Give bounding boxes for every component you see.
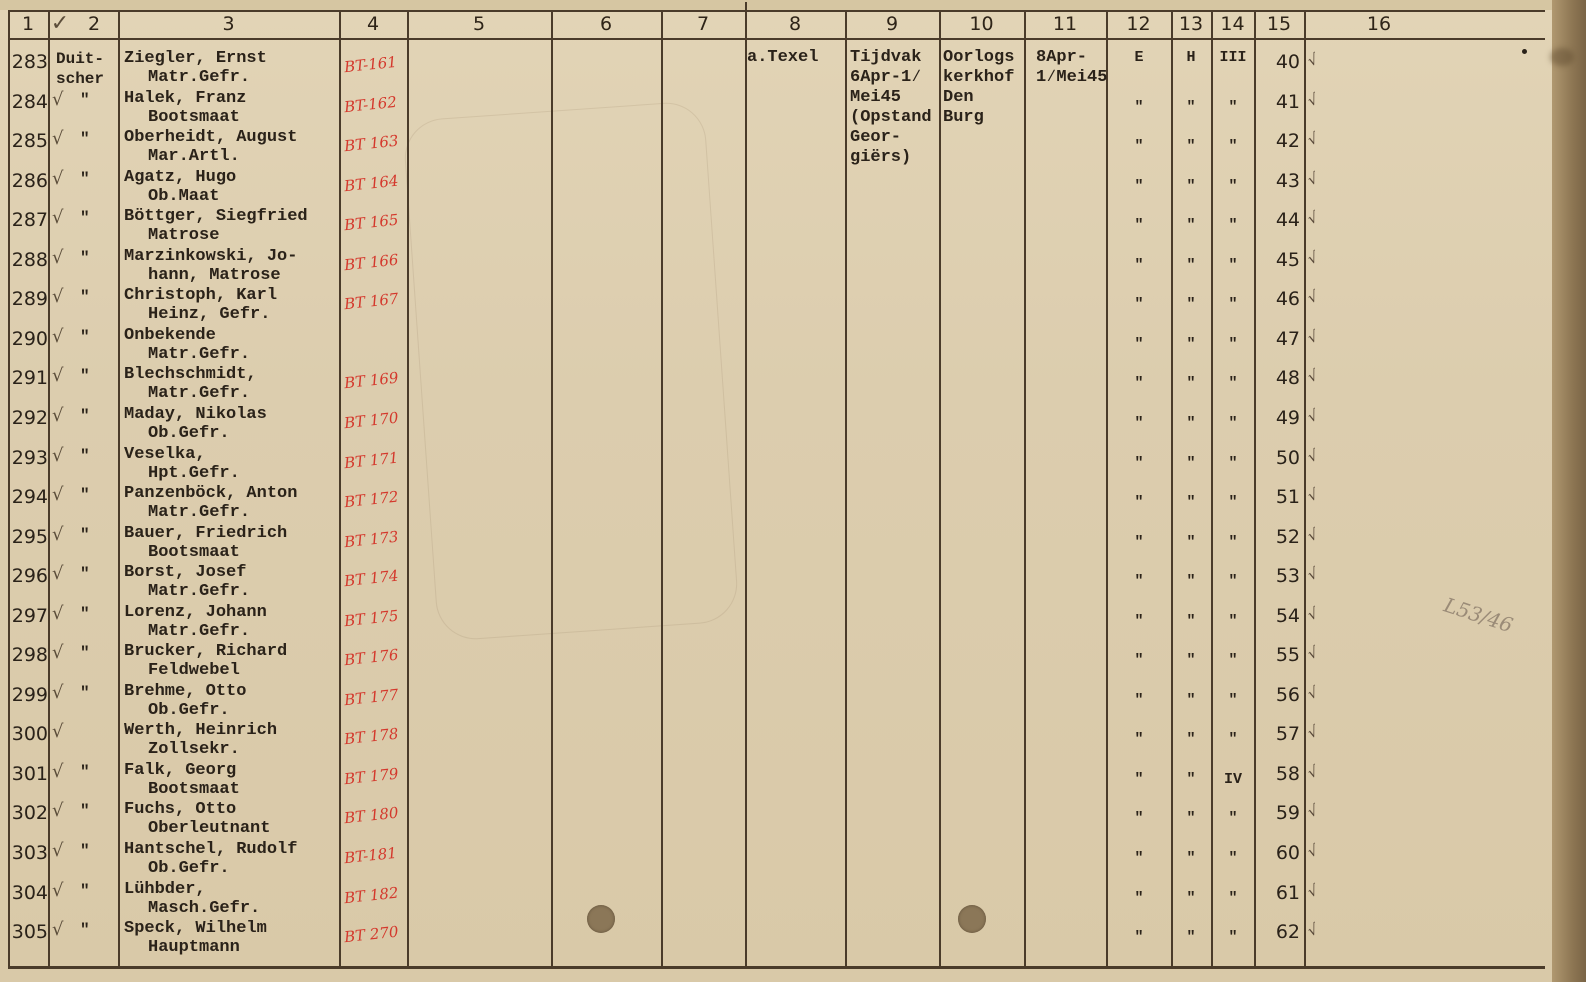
col12-value: " (1124, 296, 1154, 313)
tick-mark: √ (1305, 683, 1320, 703)
col15-number: 44 (1262, 209, 1300, 231)
col15-number: 40 (1262, 51, 1300, 73)
row-number: 289 (8, 288, 48, 310)
header-col-5: 5 (407, 10, 551, 38)
col12-value: " (1124, 652, 1154, 669)
table-bottom-rule (8, 966, 1545, 969)
person-name: Agatz, Hugo (124, 168, 236, 187)
col12-value: " (1124, 810, 1154, 827)
punch-hole (587, 905, 615, 933)
tick-mark: √ (1305, 722, 1320, 742)
col12-value: " (1124, 99, 1154, 116)
header-col-16: 16 (1304, 10, 1454, 38)
bt-grave-code: BT 171 (343, 447, 407, 471)
tick-mark: √ (1305, 564, 1320, 584)
nationality: " (80, 644, 90, 662)
col15-number: 49 (1262, 407, 1300, 429)
col13-value: " (1176, 929, 1206, 946)
tick-mark: √ (1305, 327, 1320, 347)
row-number: 304 (8, 882, 48, 904)
tick-mark: √ (1305, 445, 1320, 465)
nationality: " (80, 486, 90, 504)
nationality: " (80, 921, 90, 939)
check-mark: √ (52, 682, 63, 703)
bt-grave-code: BT 270 (343, 922, 407, 946)
person-name: Fuchs, Otto (124, 800, 236, 819)
check-mark: √ (52, 603, 63, 624)
col13-value: " (1176, 613, 1206, 630)
tick-mark: √ (1305, 801, 1320, 821)
table-row: 295√"Bauer, FriedrichBootsmaatBT 173"""5… (0, 518, 1552, 558)
ink-dot (1522, 49, 1527, 54)
check-mark: √ (52, 800, 63, 821)
bt-grave-code: BT 169 (343, 368, 407, 392)
bt-grave-code: BT 180 (343, 803, 407, 827)
table-row: 302√"Fuchs, OttoOberleutnantBT 180"""59√ (0, 794, 1552, 834)
header-col-15: 15 (1254, 10, 1304, 38)
person-name: Panzenböck, Anton (124, 484, 297, 503)
col15-number: 56 (1262, 684, 1300, 706)
header-col-9: 9 (845, 10, 939, 38)
col13-value: H (1176, 49, 1206, 66)
check-mark: √ (52, 247, 63, 268)
table-row: 299√"Brehme, OttoOb.Gefr.BT 177"""56√ (0, 676, 1552, 716)
col13-value: " (1176, 455, 1206, 472)
person-name: Borst, Josef (124, 563, 246, 582)
table-row: 285√"Oberheidt, AugustMar.Artl.BT 163"""… (0, 122, 1552, 162)
col14-value: " (1218, 415, 1248, 432)
bt-grave-code: BT 173 (343, 526, 407, 550)
tick-mark: √ (1305, 841, 1320, 861)
table-row: 291√"Blechschmidt,Matr.Gefr.BT 169"""48√ (0, 359, 1552, 399)
nationality: " (80, 605, 90, 623)
tick-mark: √ (1305, 50, 1320, 70)
row-number: 283 (8, 51, 48, 73)
header-col-7: 7 (661, 10, 745, 38)
col15-number: 60 (1262, 842, 1300, 864)
table-row: 304√"Lühbder,Masch.Gefr.BT 182"""61√ (0, 874, 1552, 914)
row-number: 287 (8, 209, 48, 231)
col13-value: " (1176, 415, 1206, 432)
check-mark: √ (52, 286, 63, 307)
col15-number: 59 (1262, 802, 1300, 824)
tick-mark: √ (1305, 208, 1320, 228)
person-name: Maday, Nikolas (124, 405, 267, 424)
table-row: 293√"Veselka,Hpt.Gefr.BT 171"""50√ (0, 439, 1552, 479)
tick-mark: √ (1305, 406, 1320, 426)
col13-value: " (1176, 573, 1206, 590)
check-mark: √ (52, 721, 63, 742)
table-row: 283Duit- scherZiegler, ErnstMatr.Gefr.BT… (0, 43, 1552, 83)
check-mark: √ (52, 563, 63, 584)
header-col-8: 8 (745, 10, 845, 38)
nationality: " (80, 447, 90, 465)
col13-value: " (1176, 336, 1206, 353)
row-number: 302 (8, 802, 48, 824)
col12-value: " (1124, 257, 1154, 274)
tick-mark: √ (1305, 89, 1320, 109)
header-col-12: 12 (1106, 10, 1171, 38)
table-row: 292√"Maday, NikolasOb.Gefr.BT 170"""49√ (0, 399, 1552, 439)
col14-value: " (1218, 217, 1248, 234)
col15-number: 50 (1262, 447, 1300, 469)
bt-grave-code: BT 176 (343, 645, 407, 669)
person-name: Halek, Franz (124, 89, 246, 108)
row-number: 293 (8, 447, 48, 469)
tick-mark: √ (1305, 604, 1320, 624)
col12-value: E (1124, 49, 1154, 66)
row-number: 301 (8, 763, 48, 785)
table-row: 290√"OnbekendeMatr.Gefr."""47√ (0, 320, 1552, 360)
nationality: " (80, 802, 90, 820)
col14-value: " (1218, 810, 1248, 827)
person-name: Marzinkowski, Jo- (124, 247, 297, 266)
check-mark: √ (52, 484, 63, 505)
col15-number: 41 (1262, 91, 1300, 113)
col12-value: " (1124, 494, 1154, 511)
col14-value: III (1218, 49, 1248, 66)
col12-value: " (1124, 613, 1154, 630)
tick-mark: √ (1305, 525, 1320, 545)
col13-value: " (1176, 890, 1206, 907)
check-mark: √ (52, 89, 63, 110)
col13-value: " (1176, 99, 1206, 116)
row-number: 299 (8, 684, 48, 706)
col13-value: " (1176, 178, 1206, 195)
col12-value: " (1124, 138, 1154, 155)
col12-value: " (1124, 178, 1154, 195)
col13-value: " (1176, 652, 1206, 669)
col14-value: " (1218, 99, 1248, 116)
col14-value: " (1218, 494, 1248, 511)
col15-number: 53 (1262, 565, 1300, 587)
table-row: 288√"Marzinkowski, Jo-hann, MatroseBT 16… (0, 241, 1552, 281)
col13-value: " (1176, 138, 1206, 155)
col15-number: 42 (1262, 130, 1300, 152)
tick-mark: √ (1305, 248, 1320, 268)
person-name: Falk, Georg (124, 761, 236, 780)
col12-value: " (1124, 731, 1154, 748)
col13-value: " (1176, 731, 1206, 748)
person-name: Werth, Heinrich (124, 721, 277, 740)
table-row: 305√"Speck, WilhelmHauptmannBT 270"""62√ (0, 913, 1552, 953)
header-col-4: 4 (339, 10, 407, 38)
table-row: 297√"Lorenz, JohannMatr.Gefr.BT 175"""54… (0, 597, 1552, 637)
col12-value: " (1124, 573, 1154, 590)
check-mark: √ (52, 326, 63, 347)
nationality: " (80, 526, 90, 544)
bt-grave-code: BT 164 (343, 170, 407, 194)
col14-value: " (1218, 336, 1248, 353)
col13-value: " (1176, 692, 1206, 709)
header-col-10: 10 (939, 10, 1024, 38)
col12-value: " (1124, 455, 1154, 472)
col13-value: " (1176, 494, 1206, 511)
bt-grave-code: BT 177 (343, 685, 407, 709)
bt-grave-code: BT-181 (343, 843, 407, 867)
header-col-3: 3 (118, 10, 339, 38)
col14-value: " (1218, 138, 1248, 155)
person-name: Onbekende (124, 326, 216, 345)
person-name: Oberheidt, August (124, 128, 297, 147)
tick-mark: √ (1305, 643, 1320, 663)
col13-value: " (1176, 534, 1206, 551)
col14-value: " (1218, 731, 1248, 748)
col13-value: " (1176, 375, 1206, 392)
col14-value: " (1218, 534, 1248, 551)
row-number: 286 (8, 170, 48, 192)
col15-number: 52 (1262, 526, 1300, 548)
table-row: 287√"Böttger, SiegfriedMatroseBT 165"""4… (0, 201, 1552, 241)
person-name: Böttger, Siegfried (124, 207, 308, 226)
tick-mark: √ (1305, 287, 1320, 307)
col13-value: " (1176, 850, 1206, 867)
bt-grave-code: BT 170 (343, 408, 407, 432)
row-number: 296 (8, 565, 48, 587)
col15-number: 46 (1262, 288, 1300, 310)
col15-number: 43 (1262, 170, 1300, 192)
bt-grave-code: BT 178 (343, 724, 407, 748)
smudge-mark (1550, 48, 1574, 66)
col12-value: " (1124, 415, 1154, 432)
col12-value: " (1124, 890, 1154, 907)
col12-value: " (1124, 534, 1154, 551)
bt-grave-code: BT 179 (343, 764, 407, 788)
person-name: Veselka, (124, 445, 206, 464)
person-name: Lorenz, Johann (124, 603, 267, 622)
person-name: Hantschel, Rudolf (124, 840, 297, 859)
check-mark: √ (52, 168, 63, 189)
col15-number: 54 (1262, 605, 1300, 627)
bt-grave-code: BT 172 (343, 487, 407, 511)
row-number: 300 (8, 723, 48, 745)
check-mark: √ (52, 524, 63, 545)
col15-number: 55 (1262, 644, 1300, 666)
bt-grave-code: BT 175 (343, 605, 407, 629)
bt-grave-code: BT-161 (343, 52, 407, 76)
row-number: 292 (8, 407, 48, 429)
bt-grave-code: BT 182 (343, 882, 407, 906)
header-col-11: 11 (1024, 10, 1106, 38)
col14-value: " (1218, 573, 1248, 590)
col15-number: 47 (1262, 328, 1300, 350)
tick-mark: √ (1305, 169, 1320, 189)
nationality: " (80, 249, 90, 267)
col14-value: " (1218, 890, 1248, 907)
col13-value: " (1176, 771, 1206, 788)
col15-number: 57 (1262, 723, 1300, 745)
table-row: 301√"Falk, GeorgBootsmaatBT 179""IV58√ (0, 755, 1552, 795)
table-row: 298√"Brucker, RichardFeldwebelBT 176"""5… (0, 636, 1552, 676)
tick-mark: √ (1305, 920, 1320, 940)
check-mark: √ (52, 405, 63, 426)
bt-grave-code: BT 166 (343, 250, 407, 274)
row-number: 290 (8, 328, 48, 350)
nationality: " (80, 130, 90, 148)
header-col-2-check-mark: ✓ (50, 10, 70, 38)
person-name: Blechschmidt, (124, 365, 257, 384)
table-row: 284√"Halek, FranzBootsmaatBT-162"""41√ (0, 83, 1552, 123)
nationality: " (80, 367, 90, 385)
table-row: 286√"Agatz, HugoOb.MaatBT 164"""43√ (0, 162, 1552, 202)
col12-value: " (1124, 771, 1154, 788)
nationality: " (80, 763, 90, 781)
nationality: " (80, 170, 90, 188)
bt-grave-code: BT 174 (343, 566, 407, 590)
col13-value: " (1176, 217, 1206, 234)
punch-hole (958, 905, 986, 933)
nationality: " (80, 288, 90, 306)
top-margin (0, 0, 1552, 10)
page-edge (1552, 0, 1586, 982)
bt-grave-code: BT 163 (343, 131, 407, 155)
col15-number: 61 (1262, 882, 1300, 904)
col14-value: " (1218, 613, 1248, 630)
check-mark: √ (52, 642, 63, 663)
row-number: 294 (8, 486, 48, 508)
header-col-14: 14 (1211, 10, 1254, 38)
nationality: " (80, 565, 90, 583)
nationality: " (80, 328, 90, 346)
bt-grave-code: BT-162 (343, 91, 407, 115)
table-row: 303√"Hantschel, RudolfOb.Gefr.BT-181"""6… (0, 834, 1552, 874)
col14-value: " (1218, 257, 1248, 274)
col14-value: " (1218, 692, 1248, 709)
nationality: " (80, 91, 90, 109)
col14-value: " (1218, 178, 1248, 195)
row-number: 285 (8, 130, 48, 152)
col12-value: " (1124, 375, 1154, 392)
tick-mark: √ (1305, 366, 1320, 386)
row-number: 298 (8, 644, 48, 666)
row-number: 305 (8, 921, 48, 943)
bt-grave-code: BT 165 (343, 210, 407, 234)
col12-value: " (1124, 929, 1154, 946)
col13-value: " (1176, 296, 1206, 313)
col14-value: " (1218, 929, 1248, 946)
col15-number: 62 (1262, 921, 1300, 943)
person-name: Bauer, Friedrich (124, 524, 287, 543)
col14-value: " (1218, 652, 1248, 669)
col15-number: 58 (1262, 763, 1300, 785)
check-mark: √ (52, 207, 63, 228)
tick-mark: √ (1305, 880, 1320, 900)
check-mark: √ (52, 128, 63, 149)
header-col-6: 6 (551, 10, 661, 38)
person-name: Brucker, Richard (124, 642, 287, 661)
row-number: 297 (8, 605, 48, 627)
header-col-13: 13 (1171, 10, 1211, 38)
check-mark: √ (52, 445, 63, 466)
person-name: Christoph, Karl (124, 286, 277, 305)
table-row: 300√Werth, HeinrichZollsekr.BT 178"""57√ (0, 715, 1552, 755)
header-col-1: 1 (8, 10, 48, 38)
bt-grave-code (344, 329, 406, 335)
col12-value: " (1124, 217, 1154, 234)
col13-value: " (1176, 810, 1206, 827)
col14-value: " (1218, 375, 1248, 392)
bt-grave-code: BT 167 (343, 289, 407, 313)
col13-value: " (1176, 257, 1206, 274)
table-row: 294√"Panzenböck, AntonMatr.Gefr.BT 172""… (0, 478, 1552, 518)
nationality: " (80, 407, 90, 425)
row-number: 295 (8, 526, 48, 548)
col12-value: " (1124, 336, 1154, 353)
person-name: Lühbder, (124, 880, 206, 899)
row-number: 303 (8, 842, 48, 864)
col14-value: " (1218, 455, 1248, 472)
check-mark: √ (52, 880, 63, 901)
person-name: Brehme, Otto (124, 682, 246, 701)
col14-value: " (1218, 850, 1248, 867)
col12-value: " (1124, 692, 1154, 709)
tick-mark: √ (1305, 485, 1320, 505)
tick-mark: √ (1305, 762, 1320, 782)
check-mark: √ (52, 761, 63, 782)
nationality: " (80, 209, 90, 227)
check-mark: √ (52, 365, 63, 386)
row-number: 291 (8, 367, 48, 389)
person-name: Speck, Wilhelm (124, 919, 267, 938)
person-rank: Hauptmann (148, 938, 240, 957)
table-row: 296√"Borst, JosefMatr.Gefr.BT 174"""53√ (0, 557, 1552, 597)
tick-mark: √ (1305, 129, 1320, 149)
col15-number: 51 (1262, 486, 1300, 508)
table-row: 289√"Christoph, KarlHeinz, Gefr.BT 167""… (0, 280, 1552, 320)
col12-value: " (1124, 850, 1154, 867)
header-col-2: 2 (70, 10, 118, 38)
row-number: 288 (8, 249, 48, 271)
col15-number: 48 (1262, 367, 1300, 389)
col14-value: IV (1218, 771, 1248, 788)
check-mark: √ (52, 919, 63, 940)
row-number: 284 (8, 91, 48, 113)
nationality: " (80, 684, 90, 702)
col15-number: 45 (1262, 249, 1300, 271)
nationality: " (80, 882, 90, 900)
nationality: " (80, 842, 90, 860)
col14-value: " (1218, 296, 1248, 313)
header-bottom-rule (8, 38, 1545, 40)
check-mark: √ (52, 840, 63, 861)
person-name: Ziegler, Ernst (124, 49, 267, 68)
